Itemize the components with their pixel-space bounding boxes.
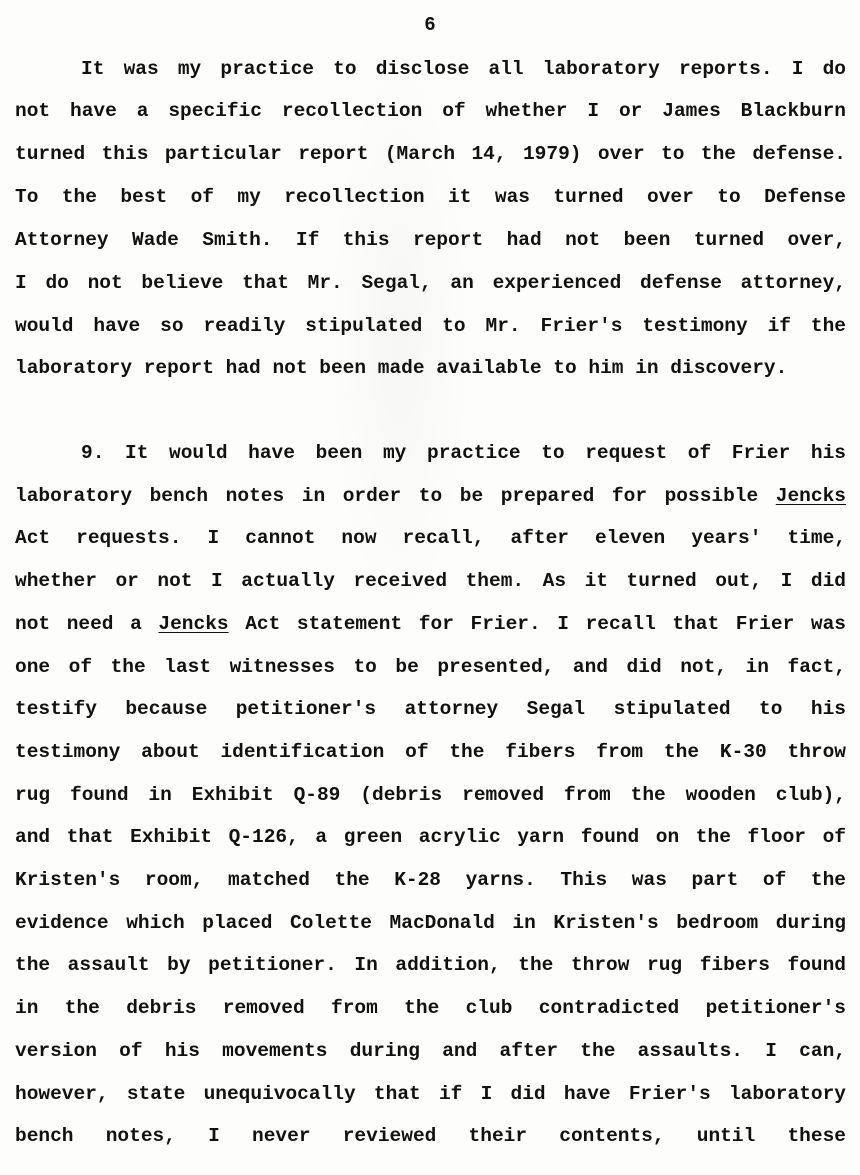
paragraph-9-line: Act requests. I cannot now recall, after…: [15, 526, 846, 550]
page-number: 6: [0, 14, 860, 36]
paragraph-9-line: Kristen's room, matched the K-28 yarns. …: [15, 868, 846, 892]
paragraph-9-line: whether or not I actually received them.…: [15, 569, 846, 593]
paragraph-9-line: version of his movements during and afte…: [15, 1039, 846, 1063]
paragraph-9-line: laboratory bench notes in order to be pr…: [15, 484, 846, 508]
paragraph-1-line: It was my practice to disclose all labor…: [15, 57, 846, 81]
paragraph-1-line: would have so readily stipulated to Mr. …: [15, 314, 846, 338]
paragraph-9-line: evidence which placed Colette MacDonald …: [15, 911, 846, 935]
paragraph-9-line: bench notes, I never reviewed their cont…: [15, 1124, 846, 1148]
paragraph-9-line: testify because petitioner's attorney Se…: [15, 697, 846, 721]
paragraph-1-line: Attorney Wade Smith. If this report had …: [15, 228, 846, 252]
paragraph-1-line: I do not believe that Mr. Segal, an expe…: [15, 271, 846, 295]
paragraph-9-line: and that Exhibit Q-126, a green acrylic …: [15, 825, 846, 849]
underlined-case-name: Jencks: [776, 485, 846, 507]
paragraph-9-line: 9. It would have been my practice to req…: [15, 441, 846, 465]
paragraph-1-line: To the best of my recollection it was tu…: [15, 185, 846, 209]
paragraph-9-line: rug found in Exhibit Q-89 (debris remove…: [15, 783, 846, 807]
underlined-case-name: Jencks: [158, 613, 228, 635]
paragraph-9-line: one of the last witnesses to be presente…: [15, 655, 846, 679]
paragraph-9-line: in the debris removed from the club cont…: [15, 996, 846, 1020]
paragraph-9-line: the assault by petitioner. In addition, …: [15, 953, 846, 977]
paragraph-1-line: turned this particular report (March 14,…: [15, 142, 846, 166]
paragraph-1-line: not have a specific recollection of whet…: [15, 99, 846, 123]
paragraph-1-line: laboratory report had not been made avai…: [15, 356, 846, 380]
paragraph-9-line: not need a Jencks Act statement for Frie…: [15, 612, 846, 636]
paragraph-9-line: however, state unequivocally that if I d…: [15, 1082, 846, 1106]
paragraph-9-line: testimony about identification of the fi…: [15, 740, 846, 764]
